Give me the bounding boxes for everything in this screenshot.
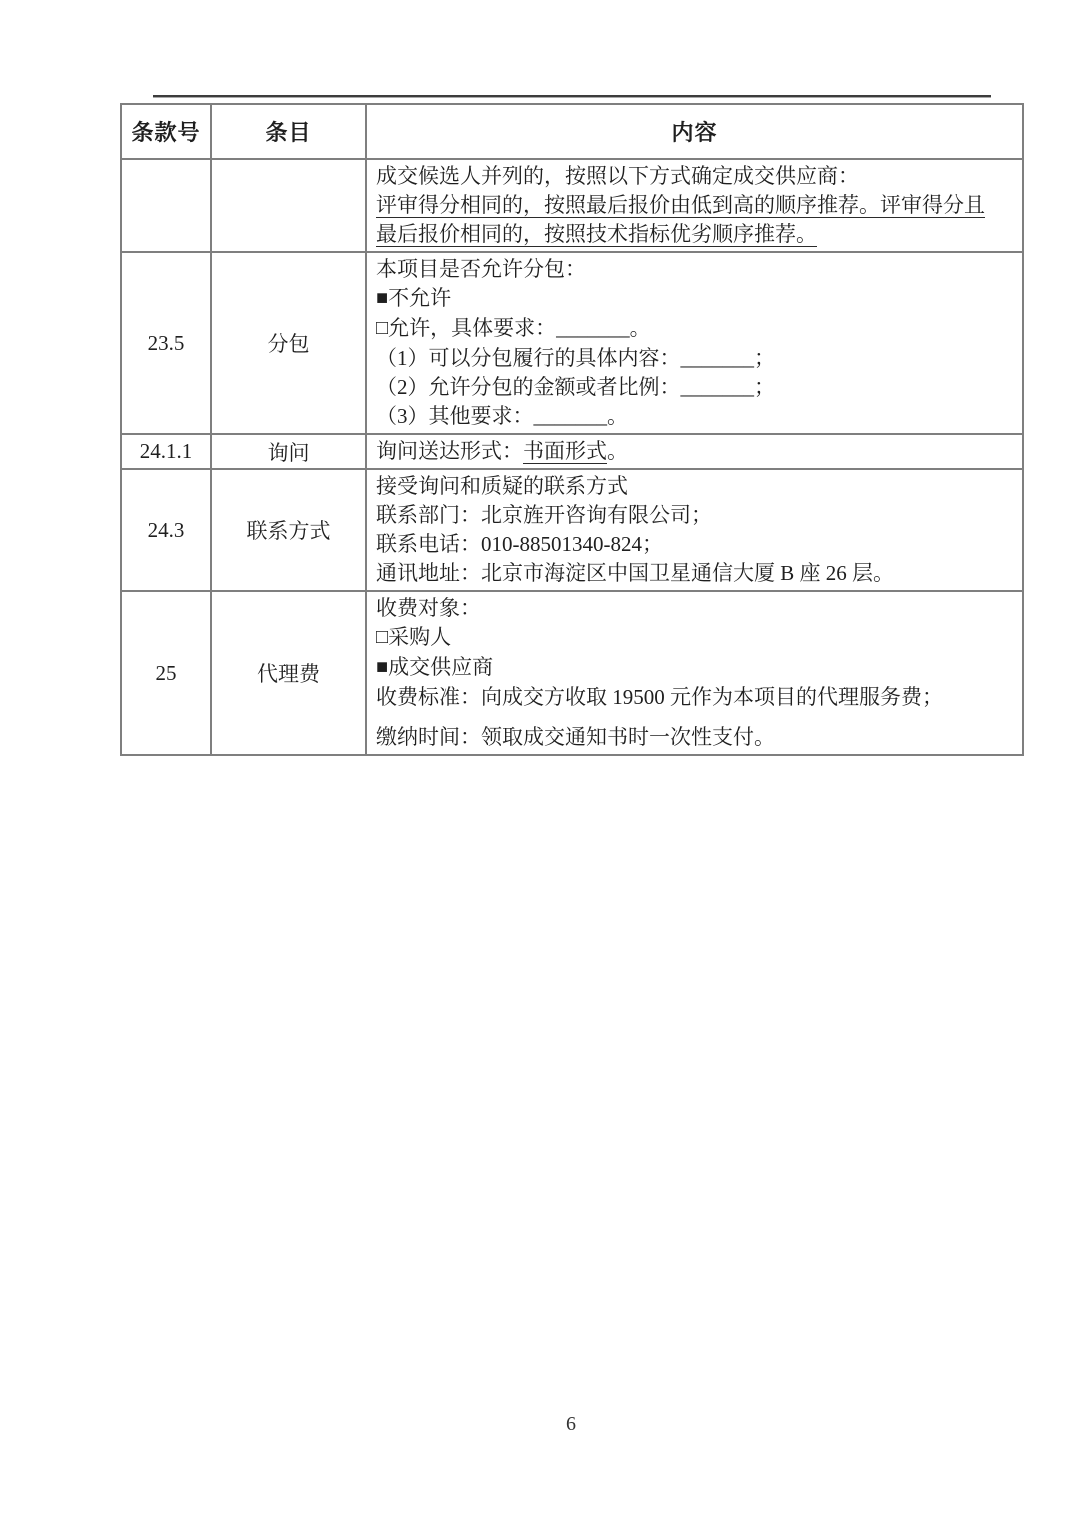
item-cell: 代理费: [211, 591, 366, 755]
table-header-row: 条款号 条目 内容: [121, 104, 1023, 159]
checkbox-checked-icon: ■: [376, 653, 388, 682]
fee-payment-time: 缴纳时间：领取成交通知书时一次性支付。: [376, 723, 1014, 752]
clause-no-cell: 25: [121, 591, 211, 755]
checkbox-unchecked-icon: □: [376, 623, 388, 652]
inquiry-suffix: 。: [607, 439, 628, 463]
header-content: 内容: [366, 104, 1023, 159]
item-cell: [211, 159, 366, 252]
clause-no-cell: 24.1.1: [121, 434, 211, 469]
document-page: 条款号 条目 内容 成交候选人并列的，按照以下方式确定成交供应商： 评审得分相同…: [0, 0, 1080, 1527]
fee-payer-label: 采购人: [388, 625, 451, 649]
table-row-contact: 24.3 联系方式 接受询问和质疑的联系方式 联系部门：北京旌开咨询有限公司； …: [121, 469, 1023, 591]
contact-heading: 接受询问和质疑的联系方式: [376, 472, 1014, 501]
contact-address: 通讯地址：北京市海淀区中国卫星通信大厦 B 座 26 层。: [376, 559, 1014, 588]
checkbox-unchecked-icon: □: [376, 314, 388, 343]
subcontract-allowed-label: 允许，具体要求：_______。: [388, 316, 651, 340]
content-cell: 成交候选人并列的，按照以下方式确定成交供应商： 评审得分相同的，按照最后报价由低…: [366, 159, 1023, 252]
subcontract-not-allowed-label: 不允许: [388, 286, 451, 310]
subcontract-detail-3: （3）其他要求：_______。: [376, 402, 1014, 431]
subcontract-detail-2: （2）允许分包的金额或者比例：_______；: [376, 373, 1014, 402]
table-row-inquiry: 24.1.1 询问 询问送达形式：书面形式。: [121, 434, 1023, 469]
content-cell: 接受询问和质疑的联系方式 联系部门：北京旌开咨询有限公司； 联系电话：010-8…: [366, 469, 1023, 591]
content-cell: 询问送达形式：书面形式。: [366, 434, 1023, 469]
fee-standard: 收费标准：向成交方收取 19500 元作为本项目的代理服务费；: [376, 683, 1014, 712]
award-tie-intro: 成交候选人并列的，按照以下方式确定成交供应商：: [376, 162, 1014, 191]
fee-supplier-label: 成交供应商: [388, 655, 493, 679]
table-row-award-tie: 成交候选人并列的，按照以下方式确定成交供应商： 评审得分相同的，按照最后报价由低…: [121, 159, 1023, 252]
content-cell: 本项目是否允许分包： ■不允许 □允许，具体要求：_______。 （1）可以分…: [366, 252, 1023, 434]
page-number: 6: [120, 1413, 1022, 1436]
inquiry-delivery-form-value: 书面形式: [523, 439, 607, 464]
clauses-table: 条款号 条目 内容 成交候选人并列的，按照以下方式确定成交供应商： 评审得分相同…: [120, 103, 1024, 756]
award-tie-rule-line-2: 最后报价相同的，按照技术指标优劣顺序推荐。: [376, 222, 817, 247]
inquiry-prefix: 询问送达形式：: [376, 439, 523, 463]
table-row-agency-fee: 25 代理费 收费对象： □采购人 ■成交供应商 收费标准：向成交方收取 195…: [121, 591, 1023, 755]
clause-no-cell: 24.3: [121, 469, 211, 591]
header-divider-rule: [153, 95, 991, 98]
item-cell: 分包: [211, 252, 366, 434]
subcontract-detail-1: （1）可以分包履行的具体内容：_______；: [376, 344, 1014, 373]
contact-department: 联系部门：北京旌开咨询有限公司；: [376, 501, 1014, 530]
fee-target-heading: 收费对象：: [376, 594, 1014, 623]
award-tie-rule-line-1: 评审得分相同的，按照最后报价由低到高的顺序推荐。评审得分且: [376, 193, 985, 218]
content-cell: 收费对象： □采购人 ■成交供应商 收费标准：向成交方收取 19500 元作为本…: [366, 591, 1023, 755]
contact-phone: 联系电话：010-88501340-824；: [376, 530, 1014, 559]
header-item: 条目: [211, 104, 366, 159]
item-cell: 询问: [211, 434, 366, 469]
table-row-subcontract: 23.5 分包 本项目是否允许分包： ■不允许 □允许，具体要求：_______…: [121, 252, 1023, 434]
clause-no-cell: 23.5: [121, 252, 211, 434]
header-clause-no: 条款号: [121, 104, 211, 159]
subcontract-question: 本项目是否允许分包：: [376, 255, 1014, 284]
clause-no-cell: [121, 159, 211, 252]
checkbox-checked-icon: ■: [376, 284, 388, 313]
item-cell: 联系方式: [211, 469, 366, 591]
